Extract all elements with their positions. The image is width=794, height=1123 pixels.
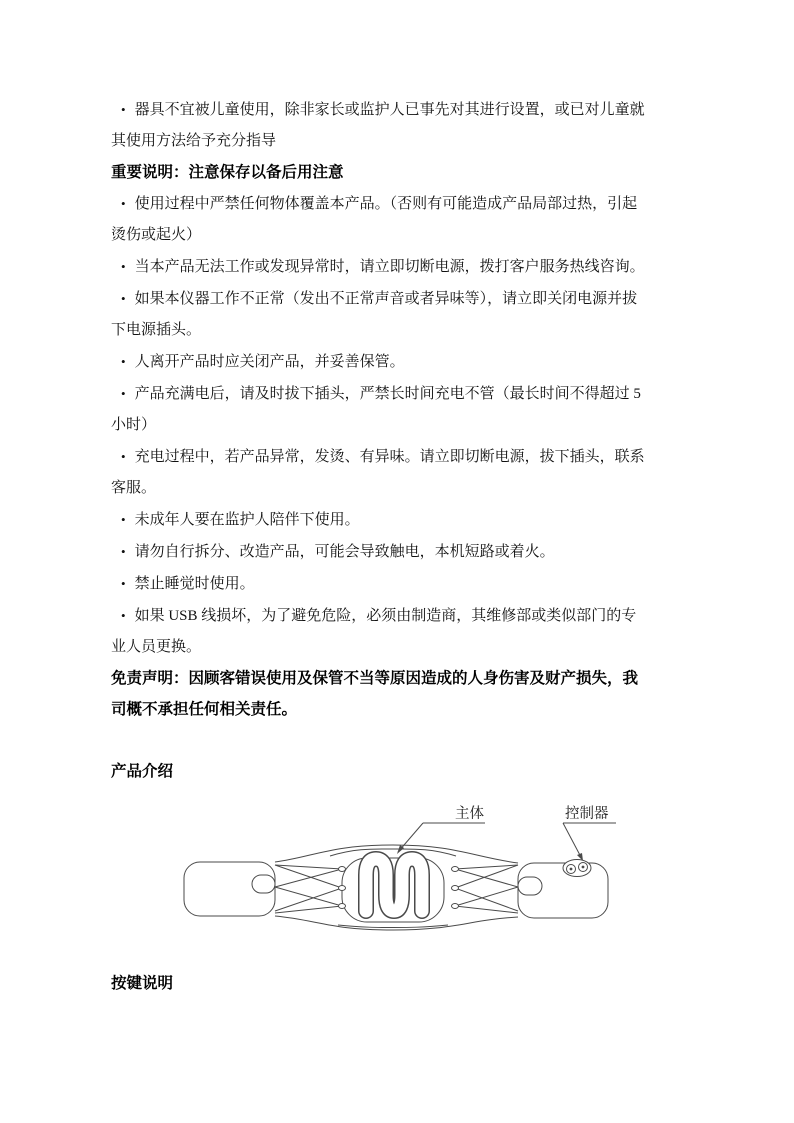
bold-note: 免责声明：因顾客错误使用及保管不当等原因造成的人身伤害及财产损失，我司概不承担任… xyxy=(111,663,649,725)
right-straps xyxy=(455,865,518,913)
bullet-item: •未成年人要在监护人陪伴下使用。 xyxy=(111,504,649,536)
document-page: •器具不宜被儿童使用，除非家长或监护人已事先对其进行设置，或已对儿童就其使用方法… xyxy=(0,0,794,1123)
bullet-marker-icon: • xyxy=(121,102,126,117)
bullet-text: 禁止睡觉时使用。 xyxy=(135,576,255,592)
bullet-marker-icon: • xyxy=(121,449,126,464)
label-main-body: 主体 xyxy=(397,805,485,854)
bullet-text: 当本产品无法工作或发现异常时，请立即切断电源，拨打客户服务热线咨询。 xyxy=(135,259,645,275)
dome-inner-contour xyxy=(330,849,456,856)
bullet-item: •如果 USB 线损坏，为了避免危险，必须由制造商，其维修部或类似部门的专业人员… xyxy=(111,600,649,663)
document-content: •器具不宜被儿童使用，除非家长或监护人已事先对其进行设置，或已对儿童就其使用方法… xyxy=(111,94,649,999)
bullet-item: •产品充满电后，请及时拔下插头，严禁长时间充电不管（最长时间不得超过 5 小时） xyxy=(111,378,649,441)
bullet-item: •使用过程中严禁任何物体覆盖本产品。（否则有可能造成产品局部过热，引起烫伤或起火… xyxy=(111,188,649,251)
bullet-text: 未成年人要在监护人陪伴下使用。 xyxy=(135,512,360,528)
bullet-text: 使用过程中严禁任何物体覆盖本产品。（否则有可能造成产品局部过热，引起烫伤或起火） xyxy=(111,196,637,243)
product-diagram: 主体 控制器 xyxy=(178,799,618,944)
bullet-text: 如果本仪器工作不正常（发出不正常声音或者异味等），请立即关闭电源并拔下电源插头。 xyxy=(111,291,637,338)
right-tab xyxy=(518,877,542,895)
left-tab xyxy=(252,875,275,893)
bullet-marker-icon: • xyxy=(121,544,126,559)
bullet-text: 人离开产品时应关闭产品，并妥善保管。 xyxy=(135,354,405,370)
belt-diagram-svg: 主体 控制器 xyxy=(178,799,618,944)
bullet-marker-icon: • xyxy=(121,386,126,401)
safety-instructions-list: •器具不宜被儿童使用，除非家长或监护人已事先对其进行设置，或已对儿童就其使用方法… xyxy=(111,94,649,725)
bullet-marker-icon: • xyxy=(121,576,126,591)
bullet-marker-icon: • xyxy=(121,512,126,527)
bullet-text: 器具不宜被儿童使用，除非家长或监护人已事先对其进行设置，或已对儿童就其使用方法给… xyxy=(111,102,645,149)
bullet-text: 充电过程中，若产品异常，发烫、有异味。请立即切断电源，拔下插头，联系客服。 xyxy=(111,449,645,496)
bullet-item: •如果本仪器工作不正常（发出不正常声音或者异味等），请立即关闭电源并拔下电源插头… xyxy=(111,283,649,346)
left-straps xyxy=(275,865,342,913)
bullet-text: 产品充满电后，请及时拔下插头，严禁长时间充电不管（最长时间不得超过 5 小时） xyxy=(111,386,641,433)
bullet-item: •充电过程中，若产品异常，发烫、有异味。请立即切断电源，拔下插头，联系客服。 xyxy=(111,441,649,504)
controller-label-text: 控制器 xyxy=(565,805,609,822)
bullet-marker-icon: • xyxy=(121,291,126,306)
bullet-text: 请勿自行拆分、改造产品，可能会导致触电，本机短路或着火。 xyxy=(135,544,555,560)
bullet-item: •禁止睡觉时使用。 xyxy=(111,568,649,600)
bold-note: 重要说明：注意保存以备后用注意 xyxy=(111,157,649,188)
bullet-item: •人离开产品时应关闭产品，并妥善保管。 xyxy=(111,346,649,378)
section-title-button-description: 按键说明 xyxy=(111,968,649,999)
bullet-marker-icon: • xyxy=(121,354,126,369)
bullet-item: •器具不宜被儿童使用，除非家长或监护人已事先对其进行设置，或已对儿童就其使用方法… xyxy=(111,94,649,157)
bullet-marker-icon: • xyxy=(121,196,126,211)
bullet-text: 如果 USB 线损坏，为了避免危险，必须由制造商，其维修部或类似部门的专业人员更… xyxy=(111,608,636,655)
bullet-marker-icon: • xyxy=(121,259,126,274)
controller-leader-line xyxy=(563,823,582,859)
bullet-marker-icon: • xyxy=(121,608,126,623)
bullet-item: •请勿自行拆分、改造产品，可能会导致触电，本机短路或着火。 xyxy=(111,536,649,568)
main-body-label-text: 主体 xyxy=(455,805,484,822)
controller-icon xyxy=(563,860,591,877)
bullet-item: •当本产品无法工作或发现异常时，请立即切断电源，拨打客户服务热线咨询。 xyxy=(111,251,649,283)
label-controller: 控制器 xyxy=(563,805,616,861)
bottom-inner-contour xyxy=(338,925,448,928)
section-title-product-intro: 产品介绍 xyxy=(111,756,649,787)
